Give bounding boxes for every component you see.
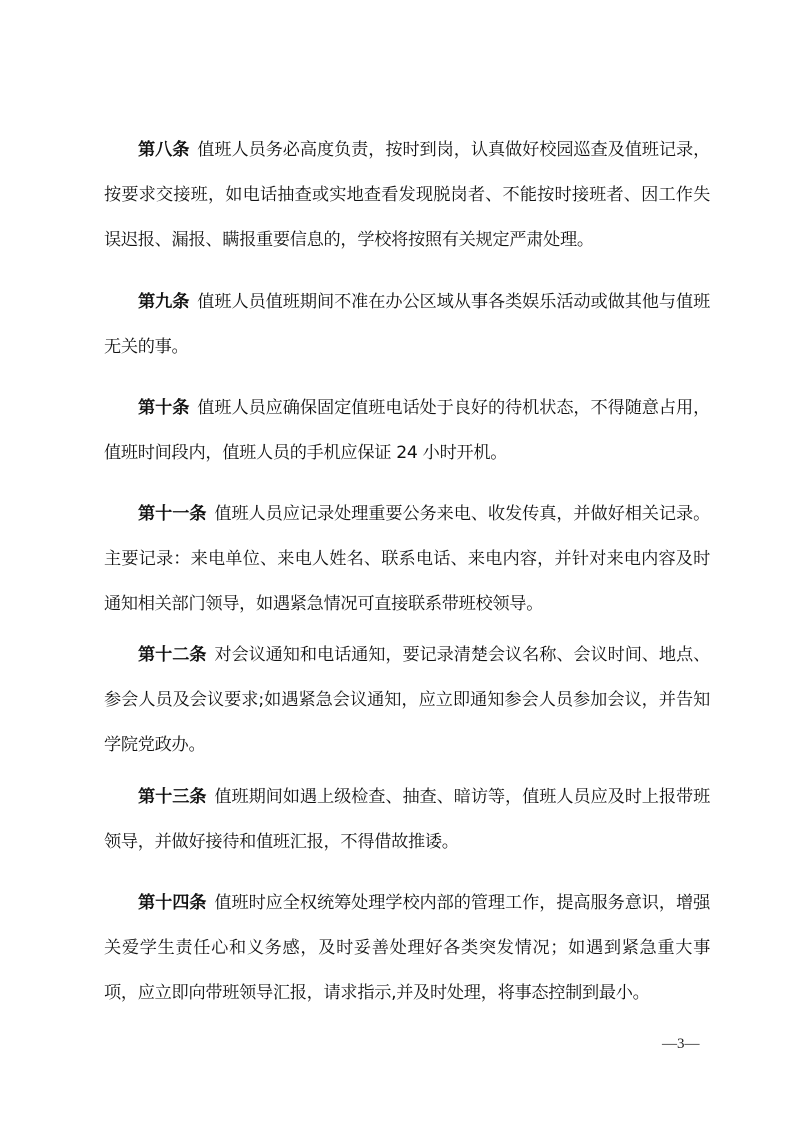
article-14: 第十四条值班时应全权统筹处理学校内部的管理工作，提高服务意识，增强关爱学生责任心… [104, 881, 710, 1016]
article-12: 第十二条对会议通知和电话通知，要记录清楚会议名称、会议时间、地点、参会人员及会议… [104, 633, 710, 768]
article-text: 值班人员务必高度负责，按时到岗，认真做好校园巡查及值班记录，按要求交接班，如电话… [104, 140, 710, 250]
document-page: 第八条值班人员务必高度负责，按时到岗，认真做好校园巡查及值班记录，按要求交接班，… [0, 0, 793, 1122]
article-label: 第八条 [138, 140, 189, 160]
article-9: 第九条值班人员值班期间不准在办公区域从事各类娱乐活动或做其他与值班无关的事。 [104, 280, 710, 370]
article-label: 第九条 [138, 292, 189, 312]
article-text: 值班人员值班期间不准在办公区域从事各类娱乐活动或做其他与值班无关的事。 [104, 292, 710, 357]
article-13: 第十三条值班期间如遇上级检查、抽查、暗访等，值班人员应及时上报带班领导，并做好接… [104, 775, 710, 865]
article-label: 第十三条 [138, 787, 206, 807]
article-10: 第十条值班人员应确保固定值班电话处于良好的待机状态，不得随意占用，值班时间段内，… [104, 386, 710, 476]
article-8: 第八条值班人员务必高度负责，按时到岗，认真做好校园巡查及值班记录，按要求交接班，… [104, 128, 710, 263]
page-number: —3— [662, 1036, 700, 1053]
article-11: 第十一条值班人员应记录处理重要公务来电、收发传真，并做好相关记录。主要记录：来电… [104, 492, 710, 627]
article-text: 值班人员应确保固定值班电话处于良好的待机状态，不得随意占用，值班时间段内，值班人… [104, 398, 710, 463]
article-label: 第十条 [138, 398, 189, 418]
article-label: 第十二条 [138, 645, 206, 665]
article-label: 第十一条 [138, 504, 206, 524]
article-label: 第十四条 [138, 893, 206, 913]
